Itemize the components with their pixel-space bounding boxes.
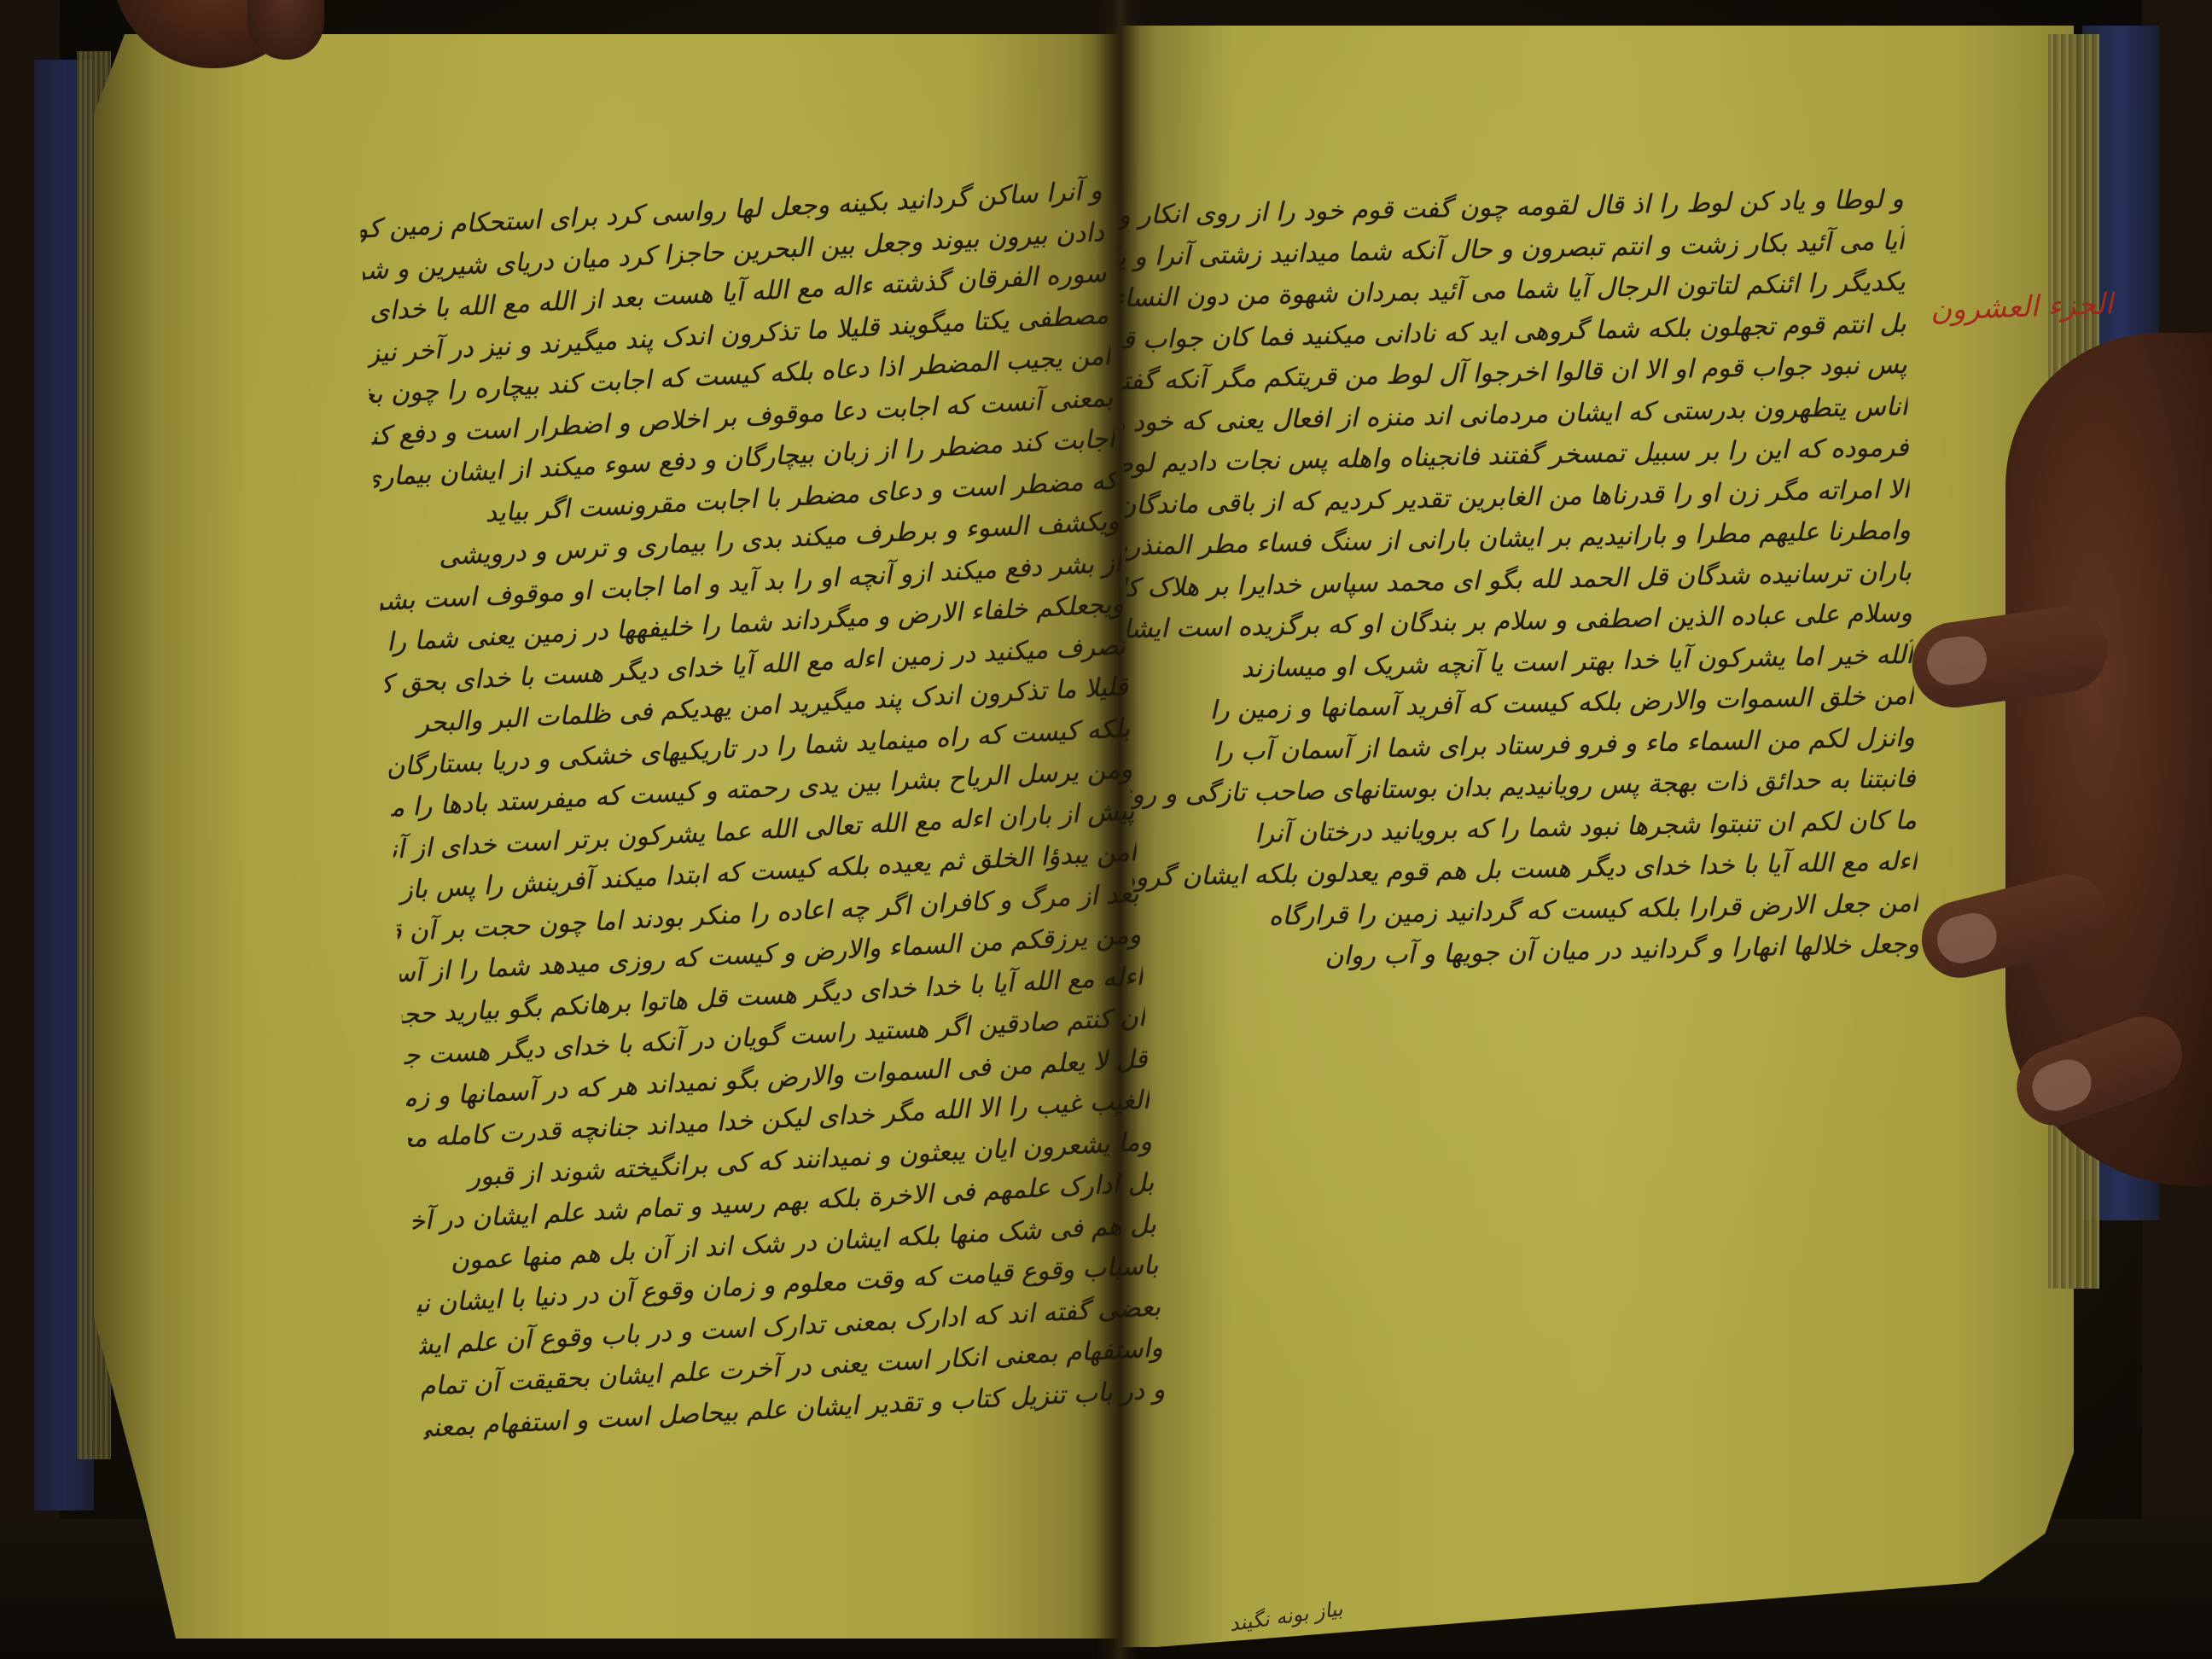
marginal-rubric-note: الجزء العشرون bbox=[1930, 287, 2113, 327]
fingernail bbox=[2026, 1053, 2098, 1118]
right-page-text: و لوطا و یاد کن لوط را اذ قال لقومه چون … bbox=[1118, 179, 1919, 982]
thumbnail bbox=[1924, 633, 1989, 688]
hand-right bbox=[1912, 333, 2212, 1186]
left-page-text: و آنرا ساکن گردانید بکینه وجعل لها رواسی… bbox=[359, 171, 1166, 1450]
fingernail bbox=[1932, 908, 2001, 968]
photo-scene: و آنرا ساکن گردانید بکینه وجعل لها رواسی… bbox=[0, 0, 2212, 1659]
